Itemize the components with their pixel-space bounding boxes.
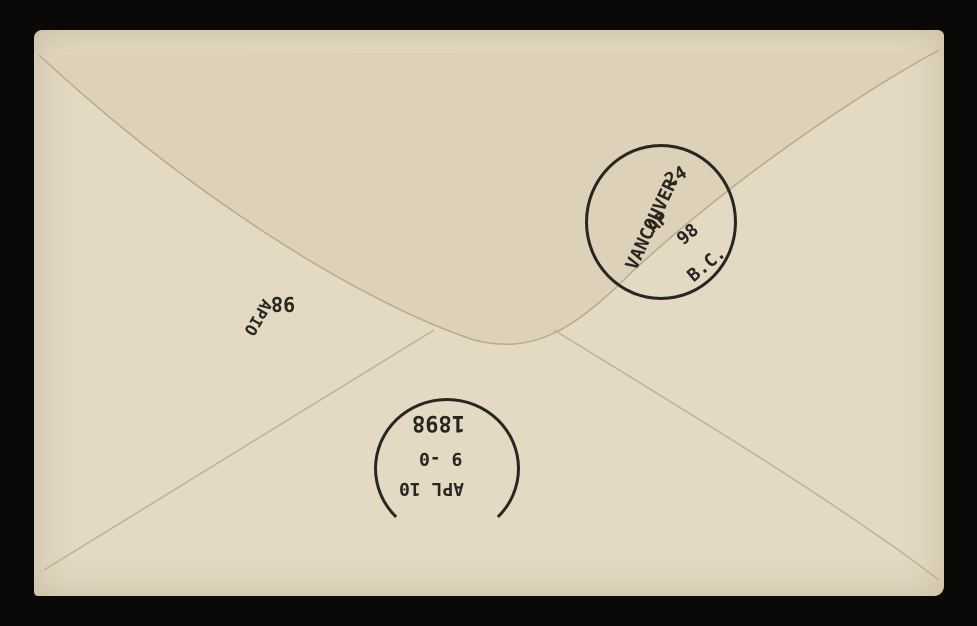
envelope-back: VANCOUVER 24 AP 98 B.C. 1898 9 -0 APL 10… (34, 30, 944, 596)
receiving-postmark: 1898 9 -0 APL 10 (374, 398, 519, 528)
vancouver-postmark: VANCOUVER 24 AP 98 B.C. (585, 144, 735, 299)
small-postmark: APIO 98 (239, 288, 319, 368)
